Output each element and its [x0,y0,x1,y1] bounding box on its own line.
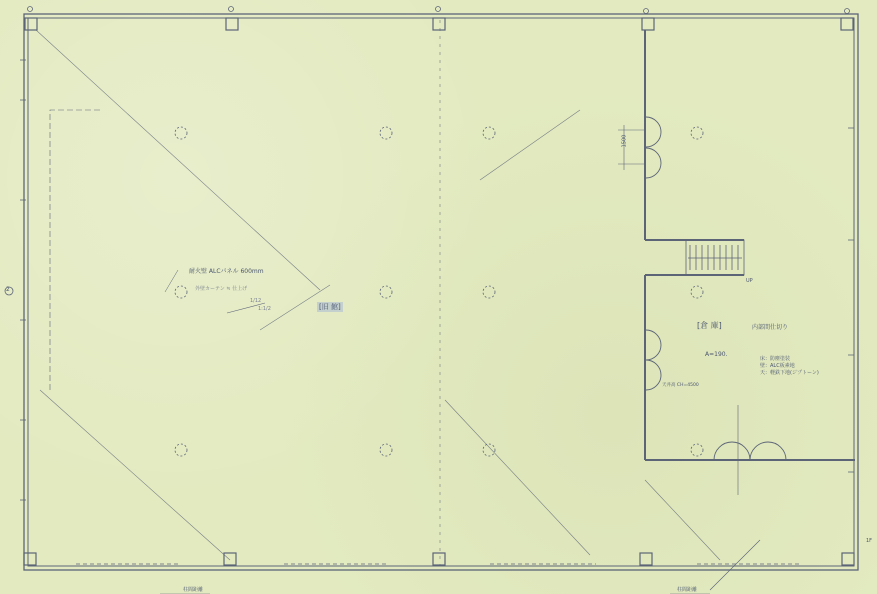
room-name: [倉 庫] [697,320,722,331]
bottom-dimension-right: 柱間距離 [677,586,697,593]
grid-row-marker: 2 [6,286,10,293]
door-width-dimension: 1500 [621,135,627,148]
room-area: A=190. [705,351,728,358]
light-fixtures [175,127,703,456]
bottom-dimension-left: 柱間距離 [183,586,203,593]
partition-note-sub: 外壁カーテン ≒ 仕上げ [195,285,247,292]
main-hall-label: [旧 館] [317,302,343,312]
outer-wall [24,14,858,570]
finish-wall: 壁：ALC板素地 [760,362,795,369]
partition-note: 耐火壁 ALCパネル 600mm [189,266,264,275]
finish-floor: 床：防塵塗装 [760,355,790,362]
ceiling-height: 天井高 CH=4500 [662,382,699,388]
floor-plan-sheet: 耐火壁 ALCパネル 600mm 外壁カーテン ≒ 仕上げ 1/12 1:1/2… [0,0,877,594]
stair-label: UP [746,278,753,284]
doors [646,117,786,460]
column-grid [24,18,854,565]
side-label-right: 1F [866,538,872,544]
staircase [686,240,744,275]
room-subtitle: 内部間仕切り [752,322,788,331]
floor-plan-drawing [0,0,877,594]
handwritten-fraction-bottom: 1:1/2 [258,306,271,312]
handwritten-fraction-top: 1/12 [250,298,261,304]
finish-ceiling: 天：軽鉄下地(ジプトーン) [760,369,819,376]
